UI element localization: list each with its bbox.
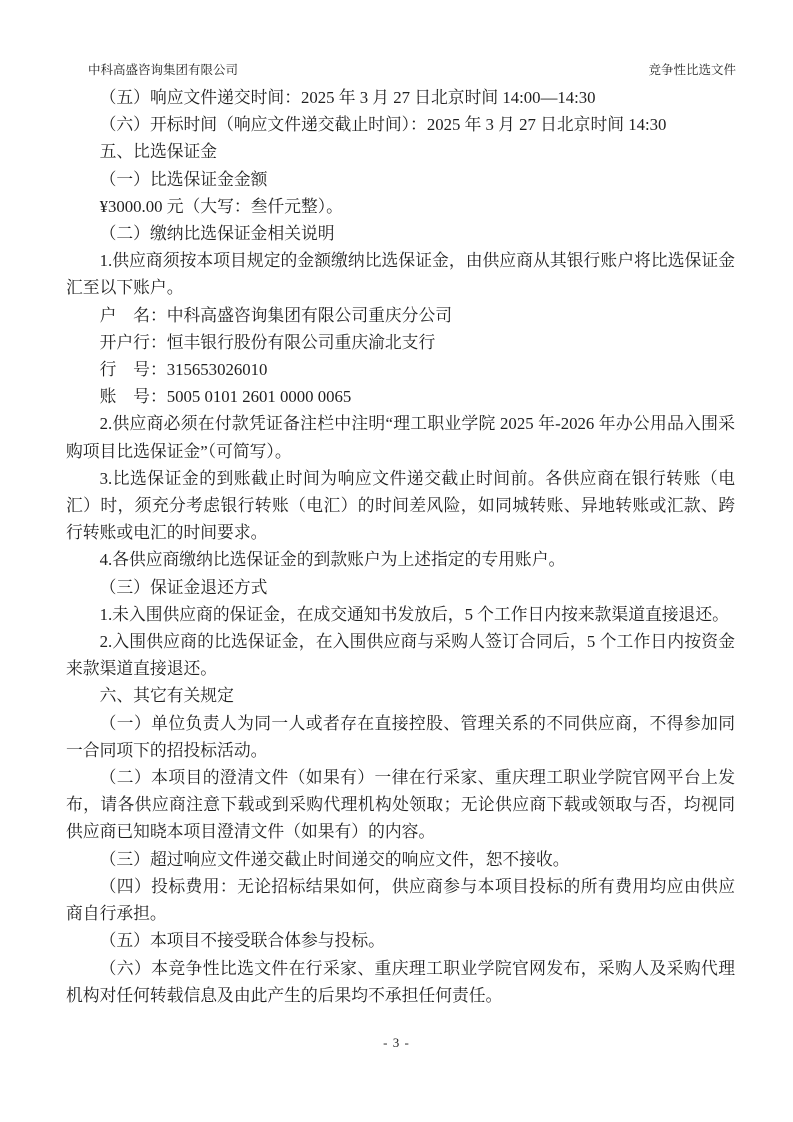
bank-detail-field: 户 名：中科高盛咨询集团有限公司重庆分公司	[66, 302, 735, 329]
section-heading: 五、比选保证金	[66, 138, 735, 165]
body-paragraph: （二）缴纳比选保证金相关说明	[66, 220, 735, 247]
body-paragraph: （一）单位负责人为同一人或者存在直接控股、管理关系的不同供应商，不得参加同一合同…	[66, 710, 735, 764]
header-company-name: 中科高盛咨询集团有限公司	[88, 62, 238, 78]
body-paragraph: （一）比选保证金金额	[66, 166, 735, 193]
body-paragraph: 4.各供应商缴纳比选保证金的到款账户为上述指定的专用账户。	[66, 546, 735, 573]
body-paragraph: （五）响应文件递交时间：2025 年 3 月 27 日北京时间 14:00—14…	[66, 84, 735, 111]
body-paragraph: （四）投标费用：无论招标结果如何，供应商参与本项目投标的所有费用均应由供应商自行…	[66, 873, 735, 927]
bank-detail-field: 账 号：5005 0101 2601 0000 0065	[66, 383, 735, 410]
body-paragraph: （三）超过响应文件递交截止时间递交的响应文件，恕不接收。	[66, 846, 735, 873]
body-paragraph: （三）保证金退还方式	[66, 574, 735, 601]
body-paragraph: ¥3000.00 元（大写：叁仟元整）。	[66, 193, 735, 220]
body-paragraph: 2.入围供应商的比选保证金，在入围供应商与采购人签订合同后，5 个工作日内按资金…	[66, 628, 735, 682]
body-paragraph: 3.比选保证金的到账截止时间为响应文件递交截止时间前。各供应商在银行转账（电汇）…	[66, 465, 735, 547]
document-body: （五）响应文件递交时间：2025 年 3 月 27 日北京时间 14:00—14…	[66, 84, 735, 1009]
body-paragraph: （二）本项目的澄清文件（如果有）一律在行采家、重庆理工职业学院官网平台上发布，请…	[66, 764, 735, 846]
header-document-type: 竞争性比选文件	[648, 62, 736, 78]
body-paragraph: （六）本竞争性比选文件在行采家、重庆理工职业学院官网发布，采购人及采购代理机构对…	[66, 955, 735, 1009]
page-footer: - 3 -	[0, 1034, 793, 1052]
body-paragraph: （六）开标时间（响应文件递交截止时间）：2025 年 3 月 27 日北京时间 …	[66, 111, 735, 138]
bank-detail-field: 行 号：315653026010	[66, 356, 735, 383]
bank-detail-field: 开户行：恒丰银行股份有限公司重庆渝北支行	[66, 329, 735, 356]
page-number: - 3 -	[383, 1035, 410, 1050]
document-page: 中科高盛咨询集团有限公司 竞争性比选文件 （五）响应文件递交时间：2025 年 …	[0, 0, 793, 1122]
page-header: 中科高盛咨询集团有限公司 竞争性比选文件	[88, 62, 736, 78]
body-paragraph: 1.未入围供应商的保证金，在成交通知书发放后，5 个工作日内按来款渠道直接退还。	[66, 601, 735, 628]
section-heading: 六、其它有关规定	[66, 682, 735, 709]
body-paragraph: 2.供应商必须在付款凭证备注栏中注明“理工职业学院 2025 年-2026 年办…	[66, 410, 735, 464]
body-paragraph: 1.供应商须按本项目规定的金额缴纳比选保证金，由供应商从其银行账户将比选保证金汇…	[66, 247, 735, 301]
body-paragraph: （五）本项目不接受联合体参与投标。	[66, 927, 735, 954]
